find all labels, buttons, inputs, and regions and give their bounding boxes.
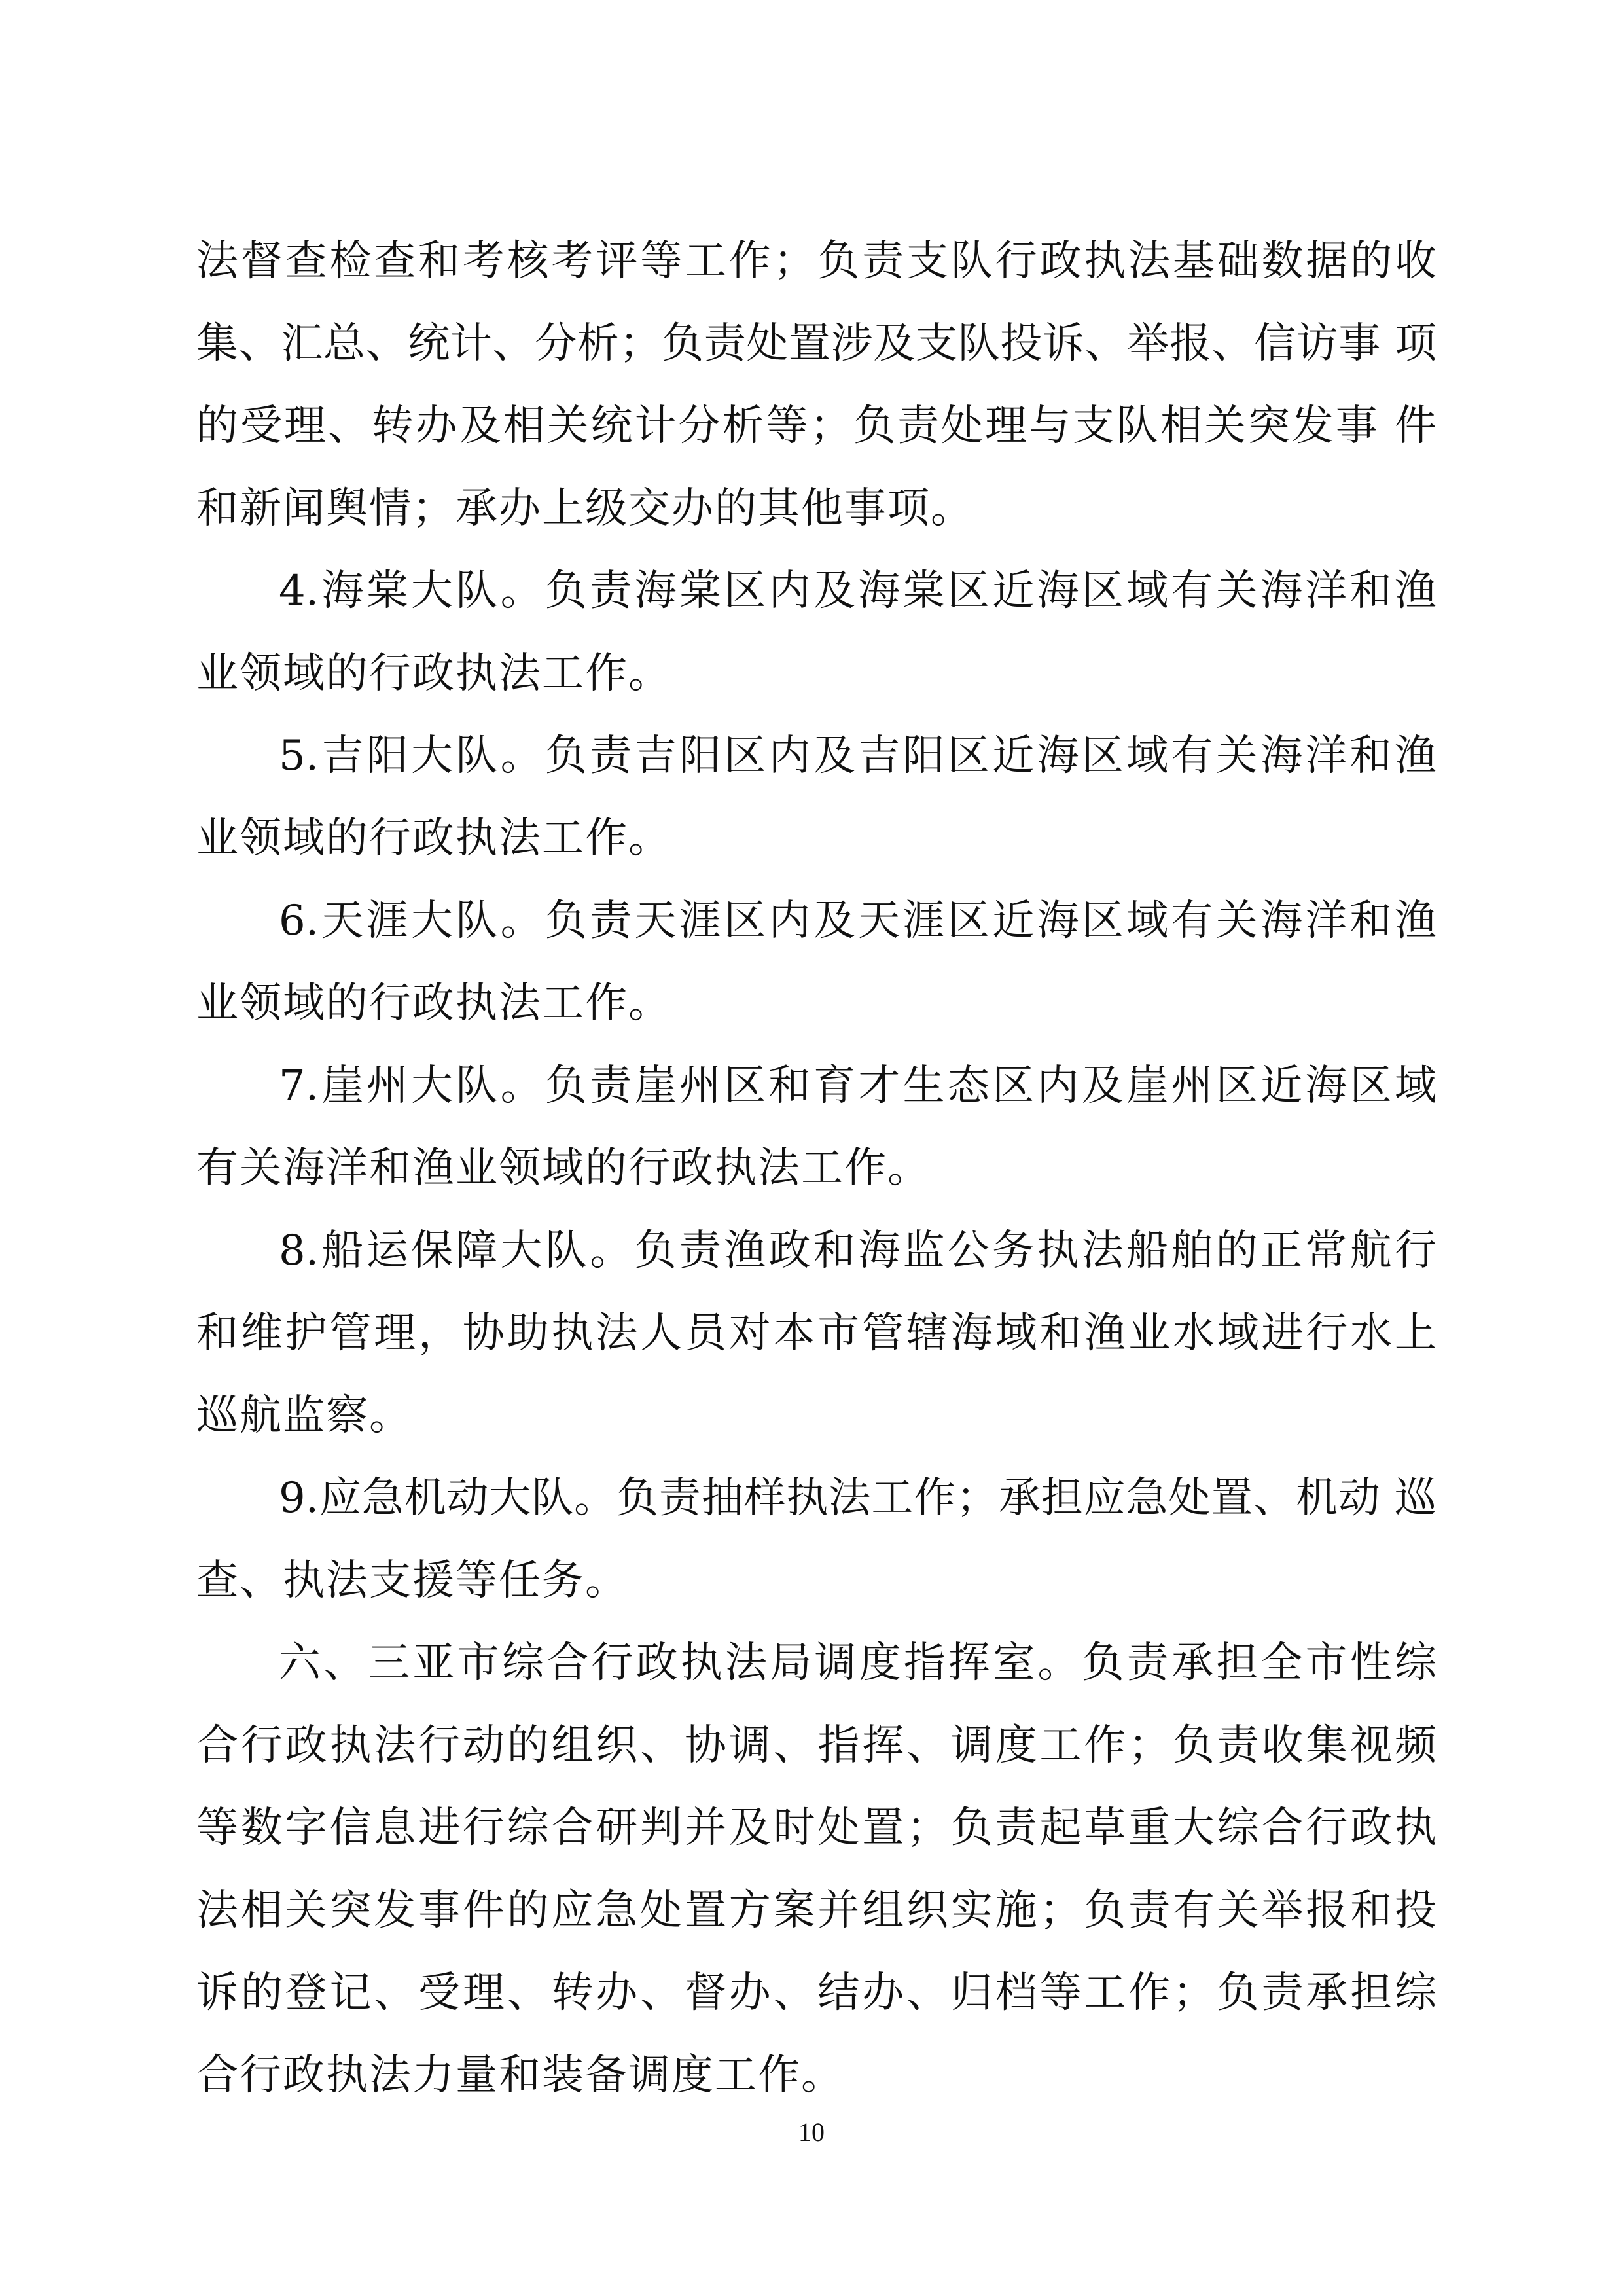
body-text: 法督查检查和考核考评等工作；负责支队行政执法基础数据的收 集、汇总、统计、分析；… — [196, 220, 1436, 2117]
text-line: 集、汇总、统计、分析；负责处置涉及支队投诉、举报、信访事 项 — [196, 302, 1436, 385]
text-line: 和维护管理，协助执法人员对本市管辖海域和渔业水域进行水上 — [196, 1292, 1436, 1374]
text-line: 法督查检查和考核考评等工作；负责支队行政执法基础数据的收 — [196, 220, 1436, 302]
paragraph-yazhou-first-line: 7.崖州大队。负责崖州区和育才生态区内及崖州区近海区域 — [196, 1045, 1436, 1127]
text-line: 合行政执法行动的组织、协调、指挥、调度工作；负责收集视频 — [196, 1704, 1436, 1787]
paragraph-emergency-first-line: 9.应急机动大队。负责抽样执法工作；承担应急处置、机动 巡 — [196, 1457, 1436, 1539]
text-line: 巡航监察。 — [196, 1374, 1436, 1457]
section-six-heading-line: 六、三亚市综合行政执法局调度指挥室。负责承担全市性综 — [196, 1622, 1436, 1704]
text-line: 业领域的行政执法工作。 — [196, 797, 1436, 880]
paragraph-haitang-first-line: 4.海棠大队。负责海棠区内及海棠区近海区域有关海洋和渔 — [196, 550, 1436, 632]
text-line: 查、执法支援等任务。 — [196, 1539, 1436, 1622]
text-line: 合行政执法力量和装备调度工作。 — [196, 2034, 1436, 2117]
text-line: 有关海洋和渔业领域的行政执法工作。 — [196, 1127, 1436, 1210]
paragraph-shipping-first-line: 8.船运保障大队。负责渔政和海监公务执法船舶的正常航行 — [196, 1210, 1436, 1292]
text-line: 的受理、转办及相关统计分析等；负责处理与支队相关突发事 件 — [196, 385, 1436, 467]
text-line: 和新闻舆情；承办上级交办的其他事项。 — [196, 467, 1436, 550]
page-number: 10 — [0, 2113, 1623, 2152]
text-line: 法相关突发事件的应急处置方案并组织实施；负责有关举报和投 — [196, 1869, 1436, 1952]
text-line: 业领域的行政执法工作。 — [196, 632, 1436, 715]
text-line: 业领域的行政执法工作。 — [196, 962, 1436, 1045]
paragraph-tianya-first-line: 6.天涯大队。负责天涯区内及天涯区近海区域有关海洋和渔 — [196, 880, 1436, 962]
text-line: 诉的登记、受理、转办、督办、结办、归档等工作；负责承担综 — [196, 1952, 1436, 2034]
document-page: 法督查检查和考核考评等工作；负责支队行政执法基础数据的收 集、汇总、统计、分析；… — [0, 0, 1623, 2296]
paragraph-jiyang-first-line: 5.吉阳大队。负责吉阳区内及吉阳区近海区域有关海洋和渔 — [196, 715, 1436, 797]
text-line: 等数字信息进行综合研判并及时处置；负责起草重大综合行政执 — [196, 1787, 1436, 1869]
